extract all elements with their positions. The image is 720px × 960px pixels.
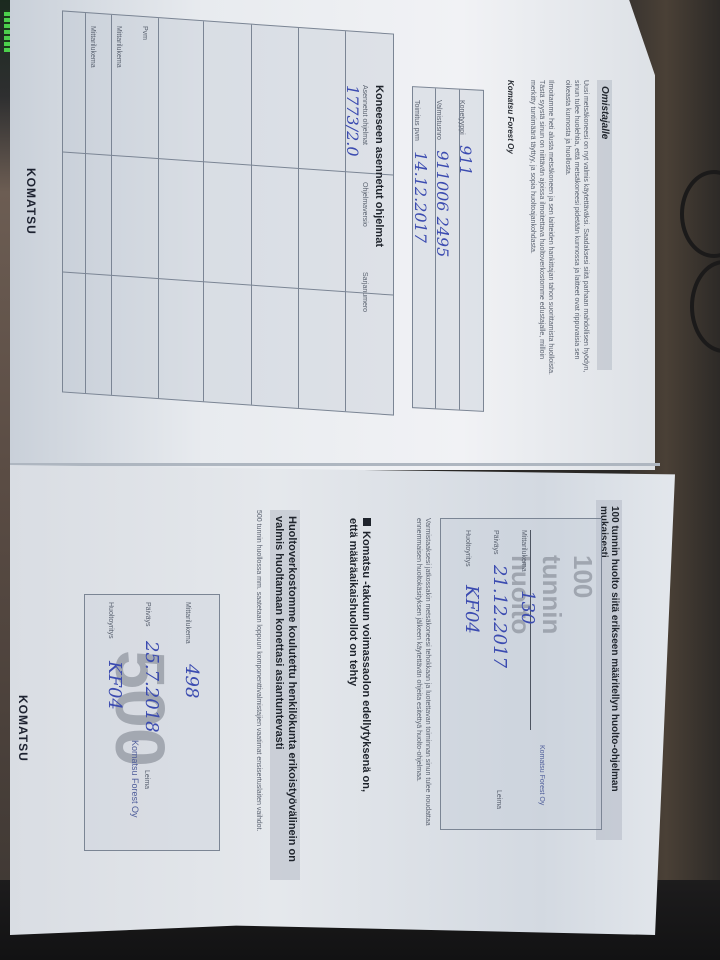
programs-column-header: Sarjanumero — [361, 272, 368, 312]
log-column-header: Pvm — [141, 26, 148, 40]
service-100-company-field: Huoltoyritys KF04 — [461, 530, 482, 634]
delivery-date-field: Toimitus pvm 14.12.2017 — [410, 100, 430, 243]
service-500-stamp: Komatsu Forest Oy — [130, 740, 140, 818]
installed-programs-title: Koneeseen asennetut ohjelmat — [373, 85, 385, 247]
service-100-date-field: Päiväys 21.12.2017 — [489, 530, 510, 668]
service-100-stamp: Komatsu Forest Oy — [538, 745, 545, 805]
maintenance-note: Varmistaaksesi jatkossakin metsäkoneesi … — [414, 518, 432, 858]
service-500-meter-field: Mittarilukema 498 — [181, 602, 202, 698]
dashboard-ring — [680, 170, 720, 258]
intro-paragraph: Ilmoitamme heti alusta metsäkoneen ja se… — [528, 80, 555, 380]
footnote: 500 tunnin huollossa mm. saatetaan loppu… — [255, 510, 262, 890]
service-500-stamp-caption: Leima — [143, 770, 150, 789]
service-log-table — [62, 10, 394, 415]
booklet-fold — [10, 463, 660, 466]
signature: Komatsu Forest Oy — [506, 80, 515, 154]
service-network-heading: Huoltoverkostomme koulutettu henkilökunt… — [270, 510, 300, 880]
warning-icon — [363, 518, 371, 526]
installed-program-value: 1773/2.0 — [343, 85, 362, 157]
brand-logo: KOMATSU — [24, 168, 38, 235]
dashboard-ring — [690, 260, 720, 353]
machine-type-field: Konetyyppi 911 — [455, 100, 475, 176]
brand-logo: KOMATSU — [16, 695, 30, 762]
log-column-header: Mittarilukema — [89, 26, 96, 68]
service-500-company-field: Huoltoyritys KF04 — [104, 602, 125, 710]
owner-section-header: Omistajalle — [597, 80, 612, 370]
warranty-warning: Komatsu -takuun voimassaolon edellytykse… — [346, 518, 372, 798]
log-column-header: Mittarilukema — [115, 26, 122, 68]
programs-column-header: Asennetut ohjelmat — [361, 85, 368, 145]
service-100-meter-field: Mittarilukema 130 — [517, 530, 538, 624]
serial-number-field: Valmistusnro 911006 2495 — [432, 100, 452, 257]
service-100-stamp-caption: Leima — [495, 790, 502, 809]
intro-paragraph: Uusi metsäkoneesi on nyt valmis käytettä… — [563, 80, 590, 380]
service-500-date-field: Päiväys 25.7.2018 — [141, 602, 162, 733]
programs-column-header: Ohjelmaversio — [361, 182, 368, 227]
